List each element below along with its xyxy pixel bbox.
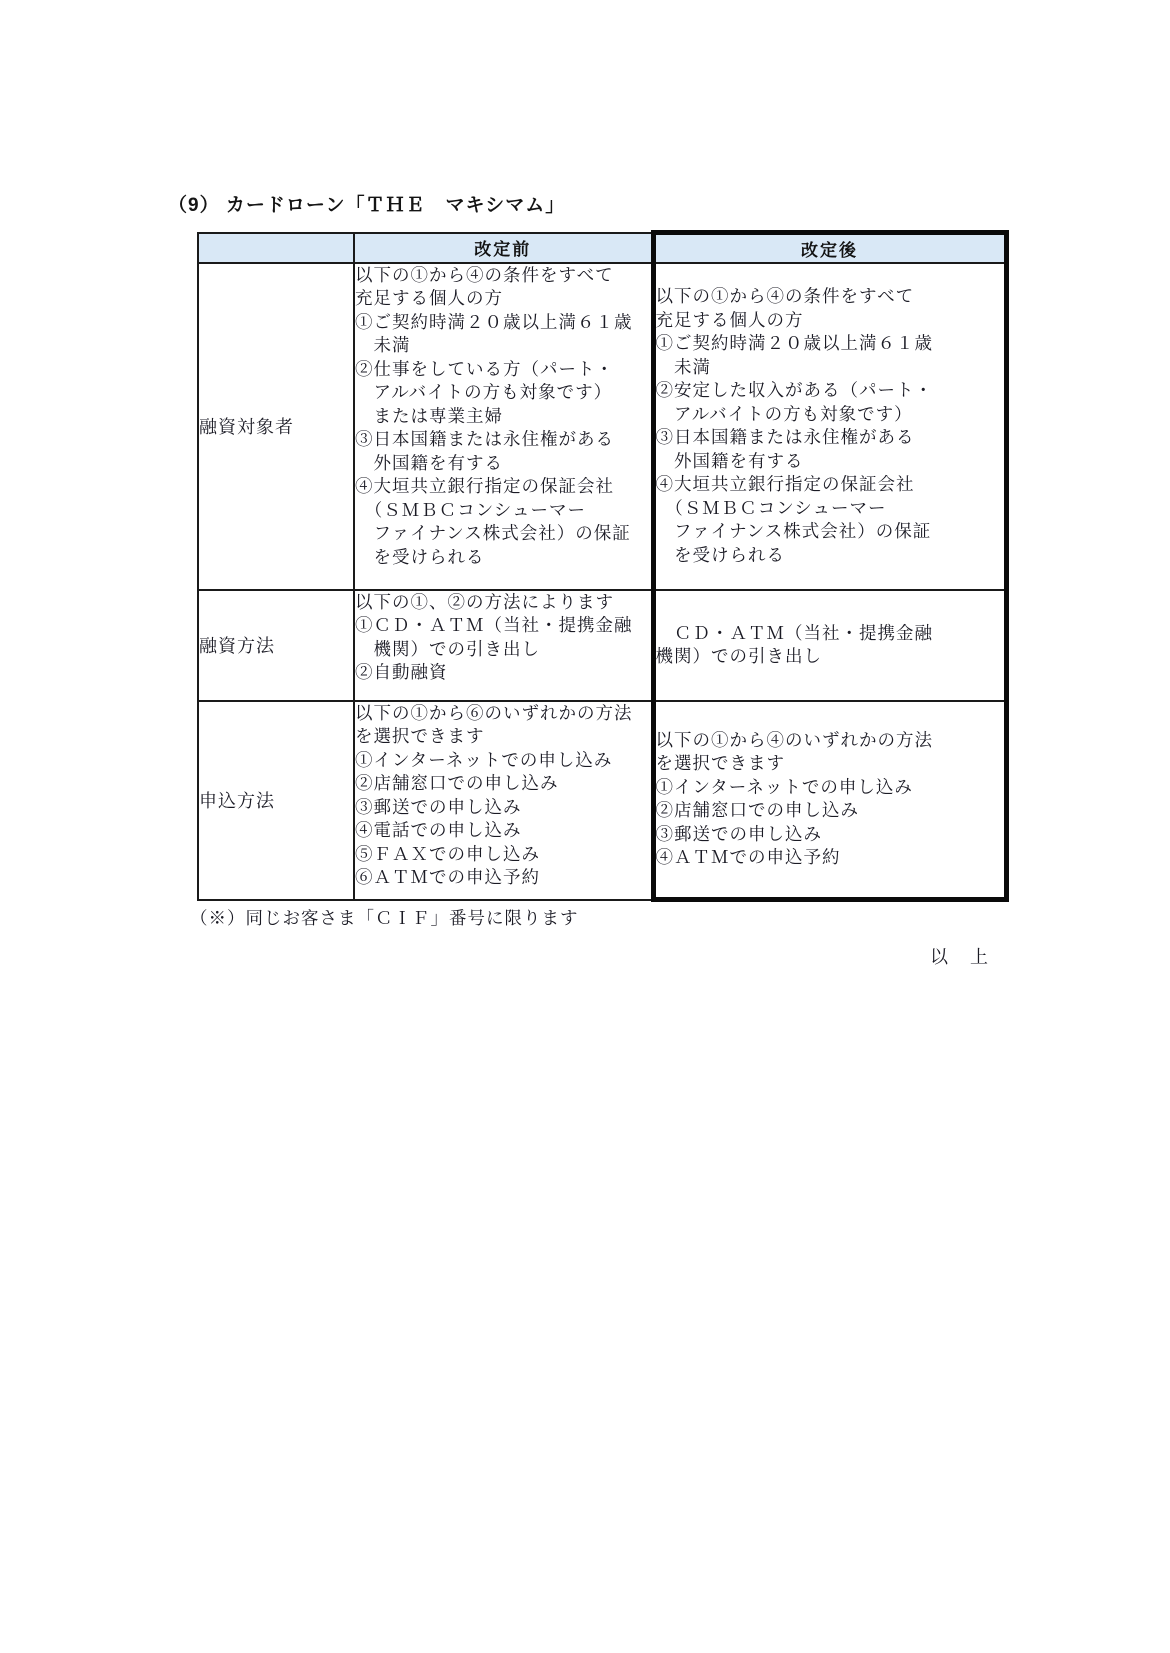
text-line: を受けられる: [355, 546, 651, 570]
funding-target-after-text: 以下の①から④の条件をすべて充足する個人の方①ご契約時満２０歳以上満６１歳 未満…: [653, 263, 1006, 590]
document-page: （9） カードローン「ＴＨＥ マキシマム」 改定前 改定後 融資対象者 以下の①…: [0, 0, 1170, 1653]
table-row-funding-target: 融資対象者 以下の①から④の条件をすべて充足する個人の方①ご契約時満２０歳以上満…: [198, 263, 1006, 590]
text-line: ⑥ＡＴＭでの申込予約: [355, 866, 651, 890]
apply-method-before-text: 以下の①から⑥のいずれかの方法を選択できます①インターネットでの申し込み②店舗窓…: [354, 701, 653, 900]
row-label-apply-method: 申込方法: [198, 701, 354, 900]
text-line: ②仕事をしている方（パート・: [355, 358, 651, 382]
funding-method-after-text: ＣＤ・ＡＴＭ（当社・提携金融機関）での引き出し: [653, 590, 1006, 701]
table-row-apply-method: 申込方法 以下の①から⑥のいずれかの方法を選択できます①インターネットでの申し込…: [198, 701, 1006, 900]
text-line: を選択できます: [355, 725, 651, 749]
text-line: ①インターネットでの申し込み: [656, 776, 1004, 800]
text-line: （ＳＭＢＣコンシューマー: [355, 499, 651, 523]
text-line: または専業主婦: [355, 405, 651, 429]
text-line: 以下の①から④のいずれかの方法: [656, 729, 1004, 753]
text-line: ②自動融資: [355, 661, 651, 685]
row-label-funding-method: 融資方法: [198, 590, 354, 701]
text-line: アルバイトの方も対象です）: [656, 403, 1004, 427]
text-line: 充足する個人の方: [355, 287, 651, 311]
text-line: ①インターネットでの申し込み: [355, 749, 651, 773]
text-line: （ＳＭＢＣコンシューマー: [656, 497, 1004, 521]
text-line: 外国籍を有する: [656, 450, 1004, 474]
text-line: 以下の①、②の方法によります: [355, 591, 651, 615]
text-line: 外国籍を有する: [355, 452, 651, 476]
text-line: 機関）での引き出し: [656, 645, 1004, 669]
revision-comparison-table: 改定前 改定後 融資対象者 以下の①から④の条件をすべて充足する個人の方①ご契約…: [197, 230, 1009, 902]
text-line: ファイナンス株式会社）の保証: [355, 522, 651, 546]
text-line: ③郵送での申し込み: [355, 796, 651, 820]
text-line: 未満: [355, 334, 651, 358]
text-line: ③日本国籍または永住権がある: [355, 428, 651, 452]
text-line: 以下の①から⑥のいずれかの方法: [355, 702, 651, 726]
header-cell-before-revision: 改定前: [354, 233, 653, 263]
text-line: ②店舗窓口での申し込み: [355, 772, 651, 796]
text-line: ＣＤ・ＡＴＭ（当社・提携金融: [656, 622, 1004, 646]
text-line: ③郵送での申し込み: [656, 823, 1004, 847]
text-line: 充足する個人の方: [656, 309, 1004, 333]
text-line: 以下の①から④の条件をすべて: [355, 264, 651, 288]
text-line: ④ＡＴＭでの申込予約: [656, 846, 1004, 870]
header-cell-empty: [198, 233, 354, 263]
apply-method-after-text: 以下の①から④のいずれかの方法を選択できます①インターネットでの申し込み②店舗窓…: [653, 701, 1006, 900]
text-line: ④大垣共立銀行指定の保証会社: [355, 475, 651, 499]
header-cell-after-revision: 改定後: [653, 233, 1006, 263]
text-line: 未満: [656, 356, 1004, 380]
text-line: ①ご契約時満２０歳以上満６１歳: [656, 332, 1004, 356]
text-line: ⑤ＦＡＸでの申し込み: [355, 843, 651, 867]
text-line: ①ＣＤ・ＡＴＭ（当社・提携金融: [355, 614, 651, 638]
table-row-funding-method: 融資方法 以下の①、②の方法によります①ＣＤ・ＡＴＭ（当社・提携金融 機関）での…: [198, 590, 1006, 701]
text-line: 以下の①から④の条件をすべて: [656, 285, 1004, 309]
text-line: ④電話での申し込み: [355, 819, 651, 843]
row-label-funding-target: 融資対象者: [198, 263, 354, 590]
text-line: を受けられる: [656, 544, 1004, 568]
text-line: ③日本国籍または永住権がある: [656, 426, 1004, 450]
text-line: ④大垣共立銀行指定の保証会社: [656, 473, 1004, 497]
section-title: （9） カードローン「ＴＨＥ マキシマム」: [168, 190, 565, 217]
table-header-row: 改定前 改定後: [198, 233, 1006, 263]
text-line: ①ご契約時満２０歳以上満６１歳: [355, 311, 651, 335]
funding-target-before-text: 以下の①から④の条件をすべて充足する個人の方①ご契約時満２０歳以上満６１歳 未満…: [354, 263, 653, 590]
text-line: 機関）での引き出し: [355, 638, 651, 662]
text-line: ②店舗窓口での申し込み: [656, 799, 1004, 823]
text-line: ②安定した収入がある（パート・: [656, 379, 1004, 403]
funding-method-before-text: 以下の①、②の方法によります①ＣＤ・ＡＴＭ（当社・提携金融 機関）での引き出し②…: [354, 590, 653, 701]
text-line: ファイナンス株式会社）の保証: [656, 520, 1004, 544]
cif-footnote: （※）同じお客さま「ＣＩＦ」番号に限ります: [190, 905, 579, 930]
text-line: を選択できます: [656, 752, 1004, 776]
closing-mark: 以 上: [930, 943, 990, 969]
text-line: アルバイトの方も対象です）: [355, 381, 651, 405]
